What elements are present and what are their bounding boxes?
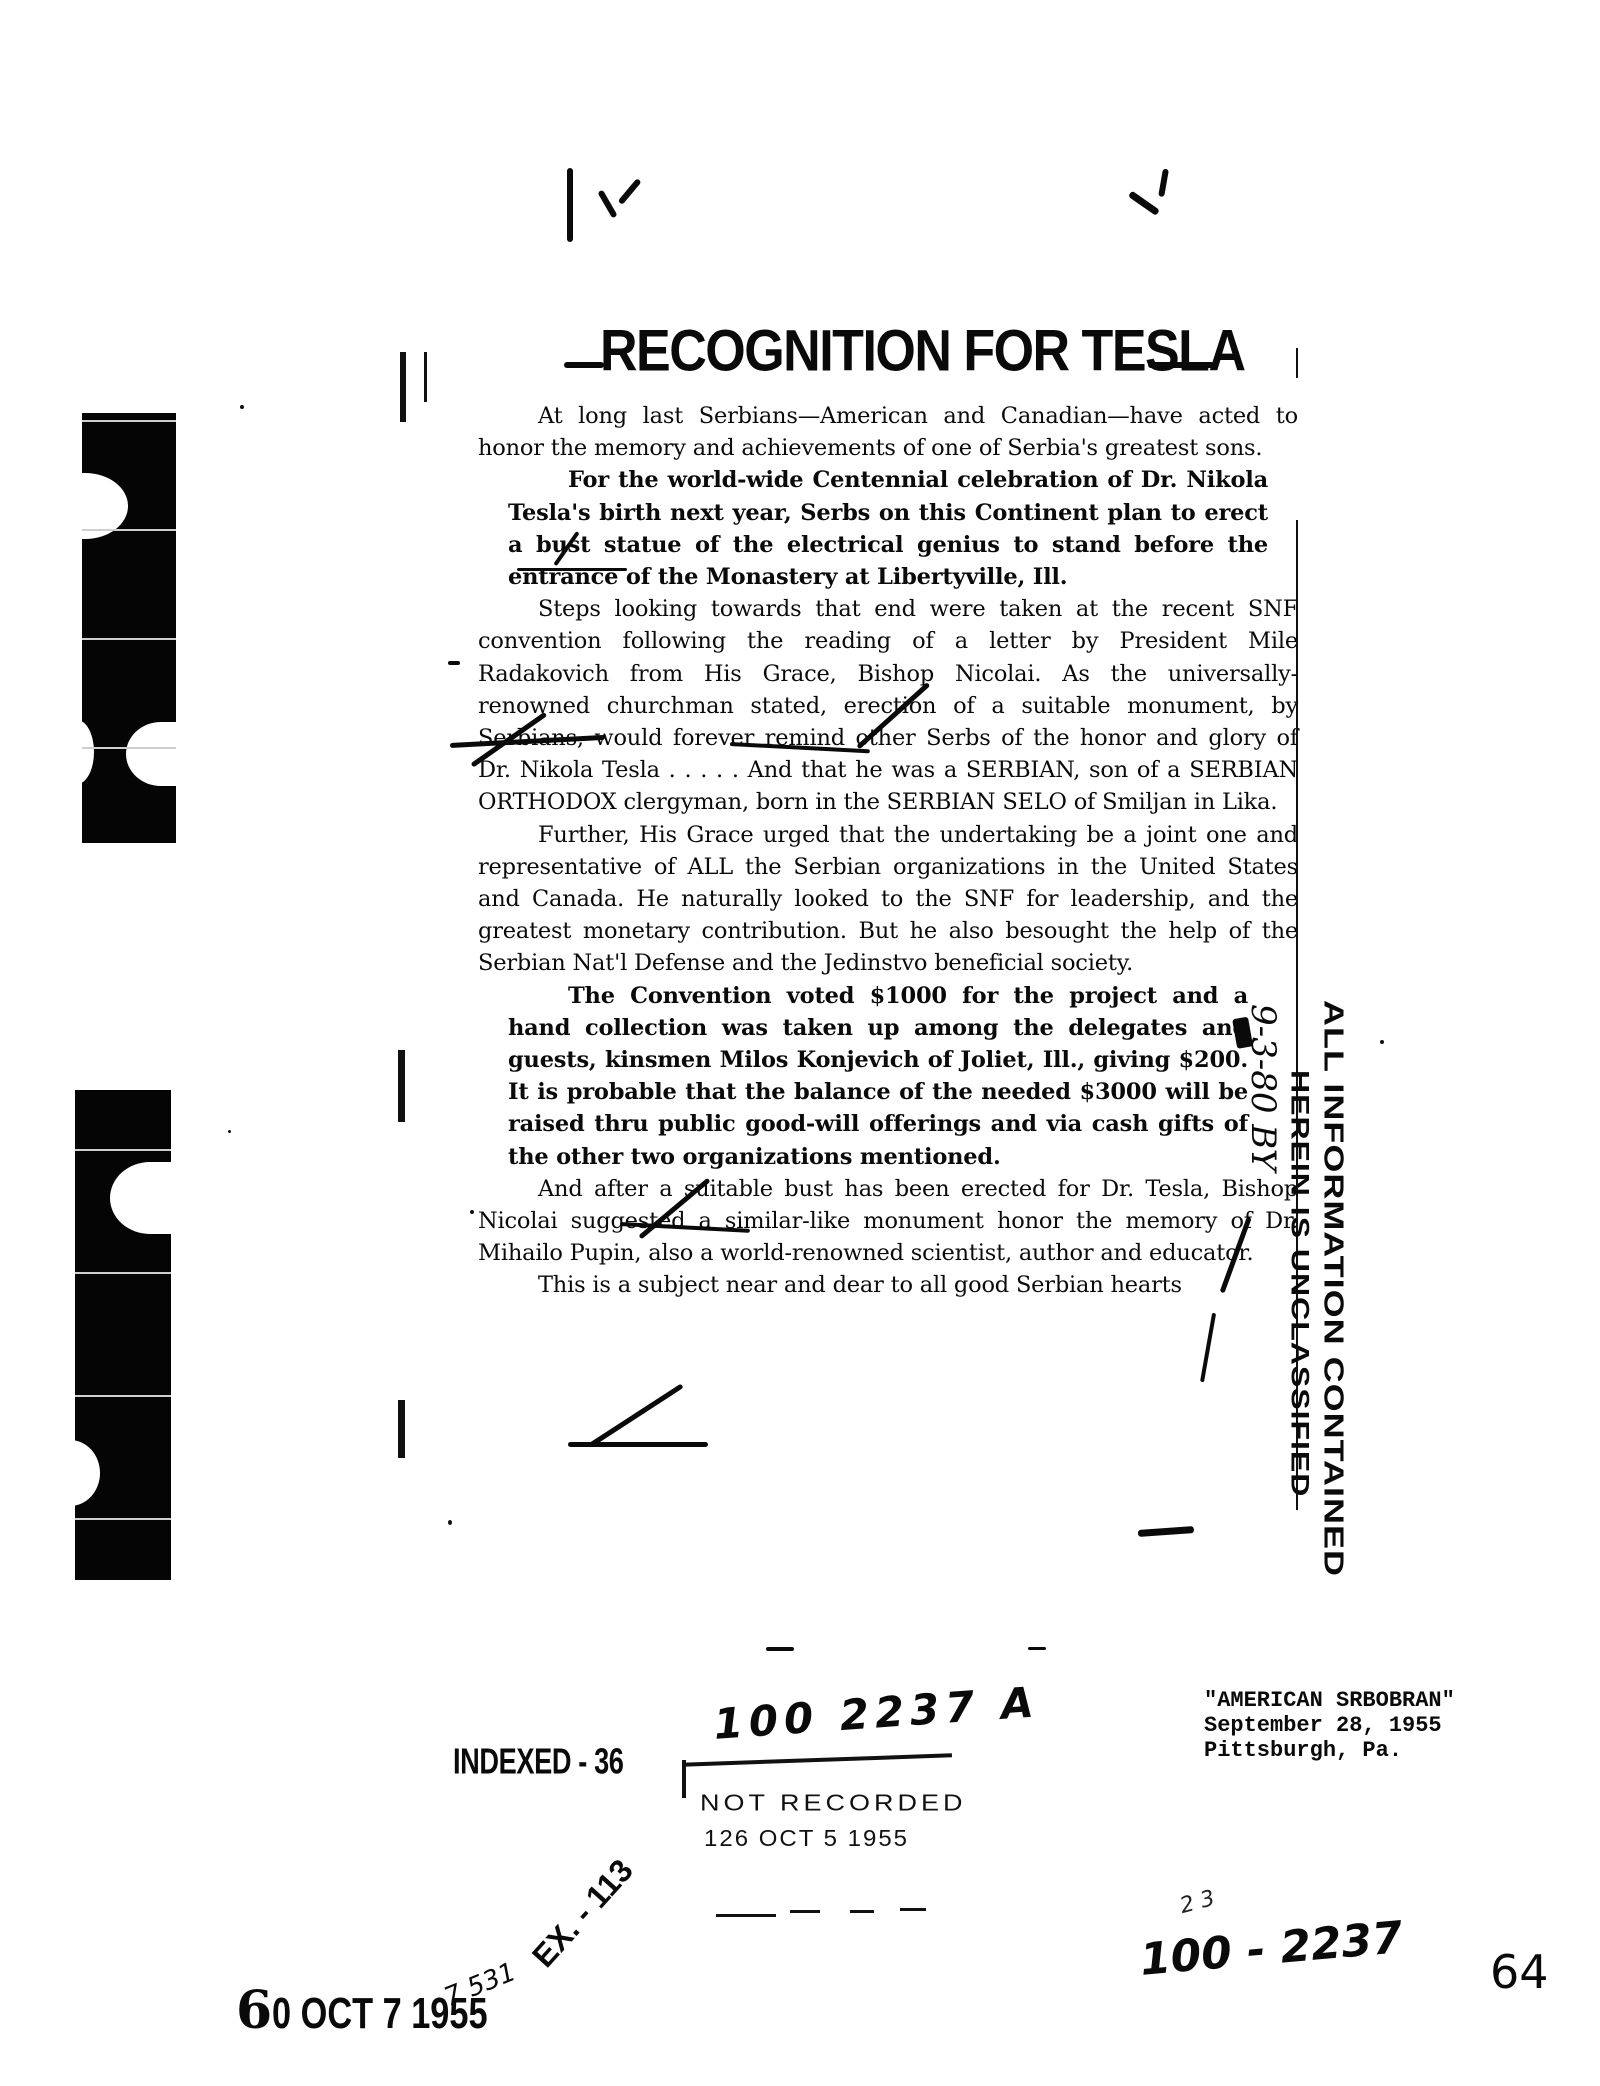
- top-mark: [597, 190, 617, 219]
- paragraph: Further, His Grace urged that the undert…: [478, 819, 1298, 980]
- strip-divider: [82, 747, 176, 749]
- not-recorded-stamp: NOT RECORDED: [700, 1790, 967, 1816]
- file-number-a: 100 2237 A: [712, 1677, 1041, 1749]
- scan-mark: [766, 1647, 794, 1651]
- paragraph: Steps looking towards that end were take…: [478, 593, 1298, 818]
- paragraph: The Convention voted $1000 for the proje…: [508, 980, 1248, 1173]
- stamp-dash: [850, 1910, 874, 1913]
- headline-rule-right: [1148, 362, 1214, 368]
- check-mark: [1200, 1313, 1216, 1383]
- speck: [470, 1210, 474, 1214]
- handwritten-file-number: 100 - 2237: [1138, 1912, 1405, 1986]
- source-date: September 28, 1955: [1204, 1713, 1455, 1738]
- paragraph: This is a subject near and dear to all g…: [478, 1269, 1298, 1301]
- margin-mark: [398, 1050, 405, 1122]
- margin-dash: [448, 661, 460, 665]
- received-date-digit: 6: [236, 1980, 272, 2041]
- punch-hole: [110, 1162, 190, 1234]
- stamp-box-top: [682, 1753, 952, 1766]
- speck: [228, 1130, 231, 1133]
- strip-divider: [82, 420, 176, 422]
- stamp-box-left: [682, 1760, 686, 1798]
- check-mark: [589, 1383, 684, 1447]
- source-publication: "AMERICAN SRBOBRAN": [1204, 1688, 1455, 1713]
- page-number: 64: [1490, 1945, 1549, 1999]
- punch-hole: [60, 720, 94, 784]
- headline-rule-left: [564, 362, 604, 368]
- strip-divider: [75, 1149, 171, 1151]
- stamp-dash: [790, 1910, 820, 1913]
- paragraph: For the world-wide Centennial celebratio…: [508, 464, 1268, 593]
- strip-divider: [75, 1272, 171, 1274]
- underline-mark: [568, 1442, 708, 1447]
- declass-signature: 9-3-80 BY: [1243, 1004, 1283, 1577]
- margin-mark: [398, 1400, 405, 1458]
- declass-line-1: ALL INFORMATION CONTAINED: [1317, 1000, 1350, 1577]
- strip-divider: [82, 638, 176, 640]
- not-recorded-date: 126 OCT 5 1955: [704, 1826, 909, 1853]
- stamp-dash: [716, 1914, 776, 1917]
- margin-mark: [424, 352, 427, 402]
- headline: RECOGNITION FOR TESLA: [600, 318, 1245, 385]
- ex-stamp: EX. - 113: [525, 1852, 641, 1975]
- received-date-stamp: 60 OCT 7 1955: [236, 1980, 549, 2041]
- underline-mark: [517, 568, 627, 571]
- declass-line-2: HEREIN IS UNCLASSIFIED: [1285, 1070, 1314, 1577]
- pencil-scribble: 2 3: [1177, 1886, 1217, 1919]
- article-body: At long last Serbians—American and Canad…: [478, 400, 1298, 1302]
- top-mark: [567, 168, 573, 242]
- stamp-dash: [900, 1908, 926, 1911]
- received-date-text: 0 OCT 7 1955: [272, 1989, 488, 2039]
- punch-hole: [40, 1440, 100, 1506]
- declassification-stamp: ALL INFORMATION CONTAINED HEREIN IS UNCL…: [1243, 1000, 1350, 1577]
- top-mark: [618, 178, 642, 205]
- paragraph: At long last Serbians—American and Canad…: [478, 400, 1298, 464]
- punch-hole: [126, 722, 196, 786]
- top-mark: [1158, 168, 1169, 197]
- margin-mark: [400, 352, 406, 422]
- speck: [1380, 1040, 1384, 1044]
- strip-divider: [75, 1395, 171, 1397]
- source-citation: "AMERICAN SRBOBRAN"September 28, 1955Pit…: [1204, 1688, 1455, 1763]
- bottom-dash: [1138, 1526, 1194, 1537]
- scan-mark: [1028, 1647, 1046, 1650]
- top-mark: [1128, 191, 1160, 216]
- margin-mark: [1296, 348, 1298, 378]
- speck: [240, 405, 244, 409]
- strip-divider: [82, 529, 176, 531]
- paragraph: And after a suitable bust has been erect…: [478, 1173, 1298, 1270]
- strip-divider: [75, 1518, 171, 1520]
- source-place: Pittsburgh, Pa.: [1204, 1738, 1455, 1763]
- indexed-stamp: INDEXED - 36: [453, 1742, 624, 1783]
- speck: [448, 1520, 452, 1525]
